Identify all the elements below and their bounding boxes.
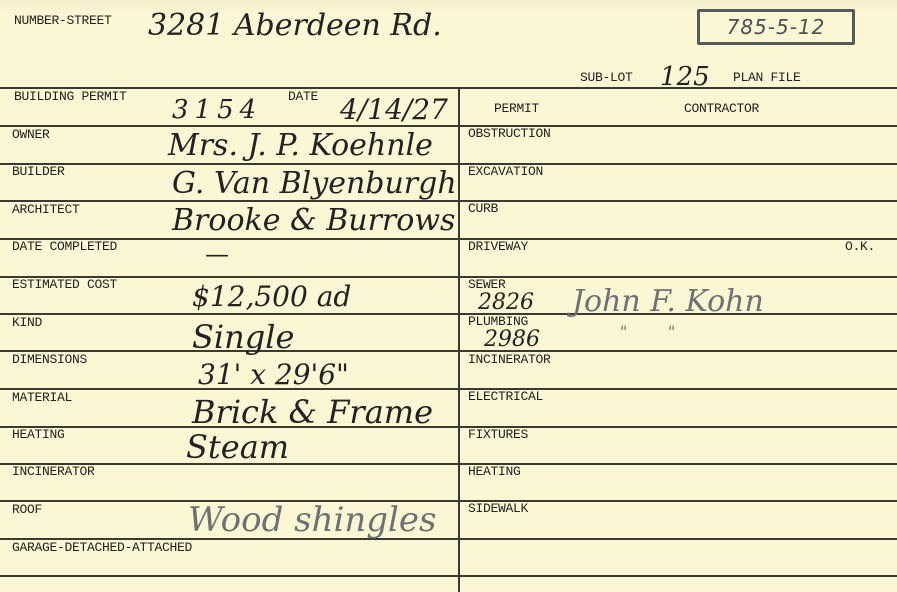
sidewalk-label: SIDEWALK xyxy=(468,501,528,516)
building-permit-label: BUILDING PERMIT xyxy=(14,89,127,104)
date-completed-label: DATE COMPLETED xyxy=(12,239,117,254)
rule xyxy=(0,388,897,390)
rule xyxy=(0,500,897,502)
dimensions-value: 31' x 29'6" xyxy=(198,358,349,391)
rule xyxy=(0,426,897,428)
rule xyxy=(0,575,897,577)
plumbing-permit-value: 2986 xyxy=(484,327,540,352)
rule xyxy=(0,125,897,127)
curb-label: CURB xyxy=(468,201,498,216)
rule xyxy=(0,350,897,352)
heating-label: HEATING xyxy=(12,427,65,442)
driveway-label: DRIVEWAY xyxy=(468,239,528,254)
sewer-contractor-value: John F. Kohn xyxy=(572,284,764,319)
incinerator-label: INCINERATOR xyxy=(12,464,95,479)
building-permit-card: NUMBER-STREET 3281 Aberdeen Rd. 785-5-12… xyxy=(0,0,897,592)
builder-value: G. Van Blyenburgh xyxy=(172,166,457,201)
obstruction-label: OBSTRUCTION xyxy=(468,126,551,141)
kind-value: Single xyxy=(192,318,294,356)
garage-label: GARAGE-DETACHED-ATTACHED xyxy=(12,540,192,555)
rule xyxy=(0,238,897,240)
driveway-note: O.K. xyxy=(845,239,875,254)
plan-file-label: PLAN FILE xyxy=(733,70,801,85)
rule xyxy=(0,163,897,165)
builder-label: BUILDER xyxy=(12,164,65,179)
fixtures-label: FIXTURES xyxy=(468,427,528,442)
contractor-column-header: CONTRACTOR xyxy=(684,101,759,116)
file-number-stamp: 785-5-12 xyxy=(697,9,855,45)
column-divider xyxy=(458,87,460,592)
sub-lot-label: SUB-LOT xyxy=(580,70,633,85)
estimated-cost-value: $12,500 ad xyxy=(192,280,351,313)
architect-value: Brooke & Burrows xyxy=(172,203,455,238)
plumbing-contractor-value: " " xyxy=(620,322,675,341)
number-street-value: 3281 Aberdeen Rd. xyxy=(148,8,442,43)
incinerator-permit-label: INCINERATOR xyxy=(468,352,551,367)
number-street-label: NUMBER-STREET xyxy=(14,13,112,28)
dimensions-label: DIMENSIONS xyxy=(12,352,87,367)
kind-label: KIND xyxy=(12,315,42,330)
heating-permit-label: HEATING xyxy=(468,464,521,479)
building-permit-value: 3154 xyxy=(172,95,262,125)
date-label: DATE xyxy=(288,89,318,104)
material-label: MATERIAL xyxy=(12,390,72,405)
rule xyxy=(0,463,897,465)
estimated-cost-label: ESTIMATED COST xyxy=(12,277,117,292)
heating-value: Steam xyxy=(186,428,289,466)
owner-value: Mrs. J. P. Koehnle xyxy=(168,128,433,163)
date-value: 4/14/27 xyxy=(340,93,448,126)
roof-value: Wood shingles xyxy=(188,500,436,540)
rule xyxy=(0,87,897,89)
rule xyxy=(0,276,897,278)
architect-label: ARCHITECT xyxy=(12,202,80,217)
permit-column-header: PERMIT xyxy=(494,101,539,116)
date-completed-value: — xyxy=(205,240,229,268)
owner-label: OWNER xyxy=(12,127,50,142)
electrical-label: ELECTRICAL xyxy=(468,389,543,404)
roof-label: ROOF xyxy=(12,502,42,517)
excavation-label: EXCAVATION xyxy=(468,164,543,179)
sewer-permit-value: 2826 xyxy=(478,290,534,315)
material-value: Brick & Frame xyxy=(192,393,433,431)
